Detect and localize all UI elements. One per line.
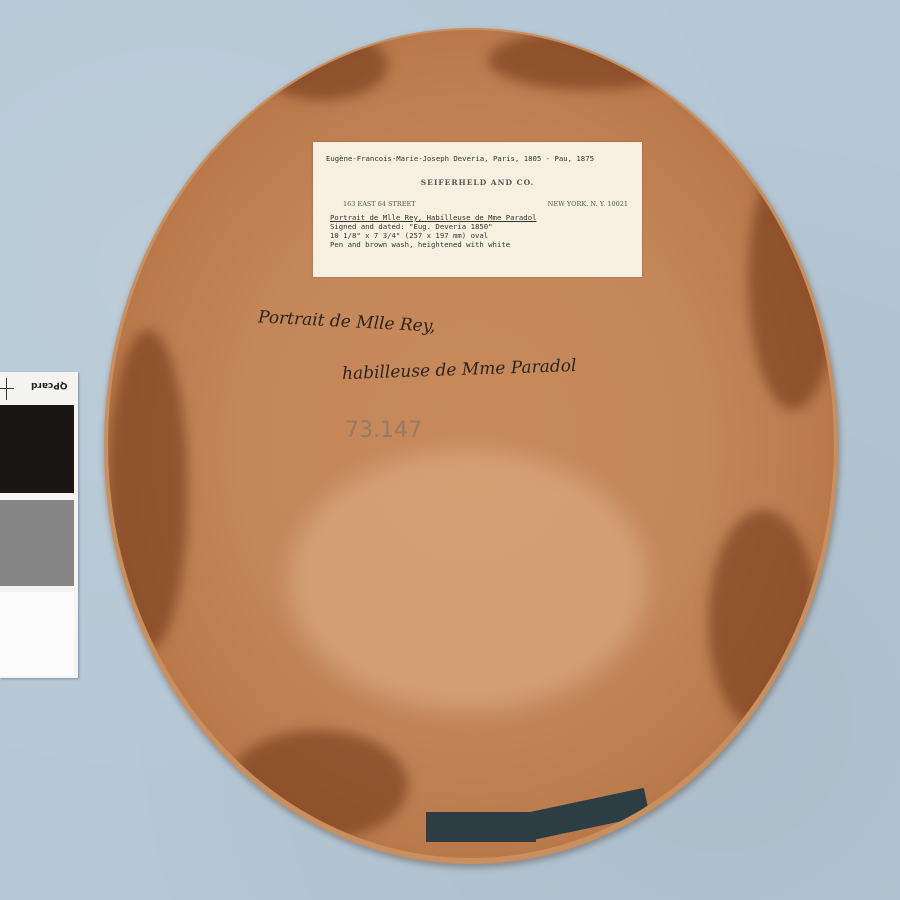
blue-tape-patch — [426, 812, 536, 842]
label-signed: Signed and dated: "Eug. Deveria 1850" — [330, 222, 493, 231]
label-medium: Pen and brown wash, heightened with whit… — [330, 240, 510, 249]
label-artist: Eugène-Francois-Marie-Joseph Deveria, Pa… — [326, 154, 594, 163]
dealer-label: Eugène-Francois-Marie-Joseph Deveria, Pa… — [313, 142, 642, 277]
wear-right-top — [748, 150, 834, 410]
wear-right-bottom — [708, 510, 818, 730]
label-dealer: SEIFERHELD AND CO. — [313, 178, 642, 187]
crosshair-icon — [0, 388, 14, 389]
swatch-white — [0, 592, 74, 676]
wear-bottom-left — [228, 730, 408, 840]
crosshair-icon-vertical — [6, 378, 7, 400]
card-brand: QPcard — [31, 380, 68, 390]
light-area — [288, 450, 648, 710]
swatch-gray — [0, 500, 74, 586]
swatch-black — [0, 405, 74, 493]
color-reference-card: QPcard — [0, 372, 78, 678]
wear-left — [108, 330, 188, 650]
label-street: 163 EAST 64 STREET — [343, 200, 416, 209]
wear-top-left — [258, 30, 388, 100]
label-title: Portrait de Mlle Rey, Habilleuse de Mme … — [330, 213, 536, 222]
label-city: NEW YORK. N. Y. 10021 — [548, 200, 628, 209]
pencil-number: 73.147 — [345, 418, 422, 443]
label-size: 10 1/8" x 7 3/4" (257 x 197 mm) oval — [330, 231, 488, 240]
wear-top — [488, 30, 688, 90]
card-header: QPcard — [0, 372, 78, 404]
